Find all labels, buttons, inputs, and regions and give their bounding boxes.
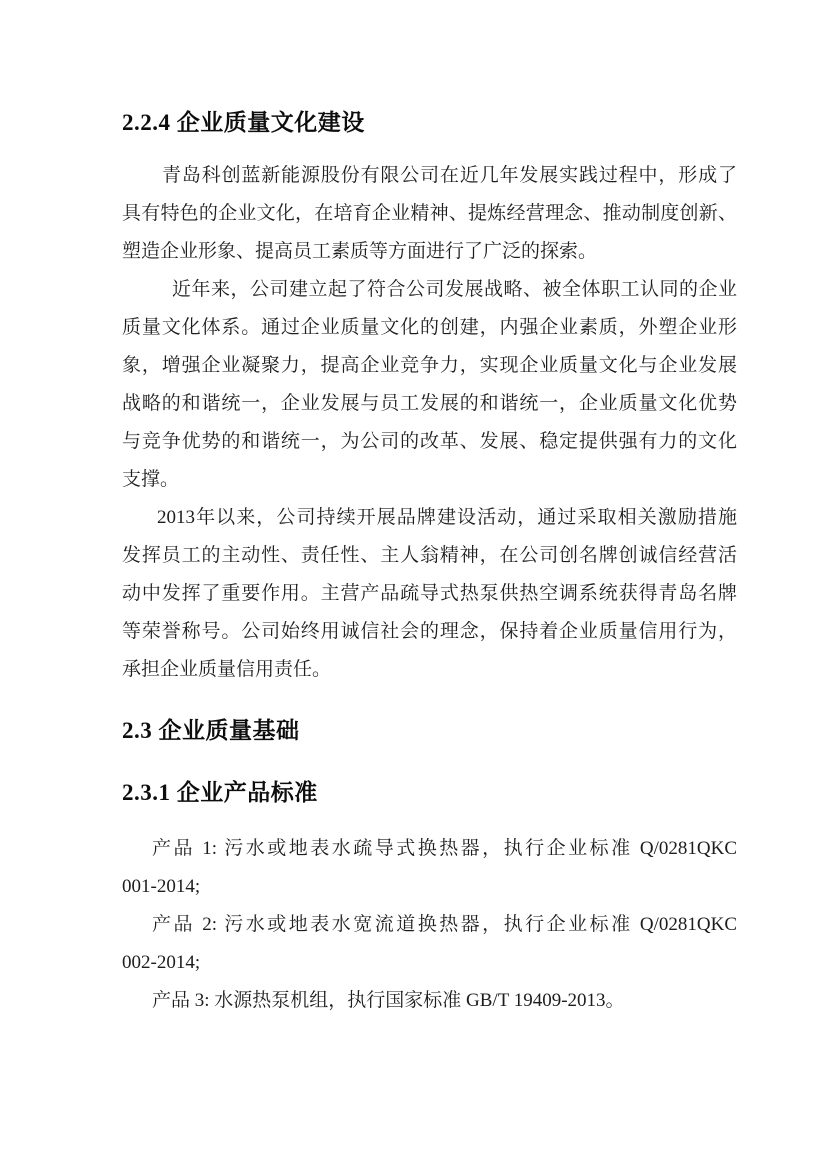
paragraph-product-standards: 产品 1: 污水或地表水疏导式换热器，执行企业标准 Q/0281QKC 001-…: [122, 830, 737, 1020]
paragraph-line: 具有特色的企业文化，在培育企业精神、提炼经营理念、推动制度创新、: [122, 195, 737, 233]
product-line: 产品 2: 污水或地表水宽流道换热器，执行企业标准 Q/0281QKC: [122, 906, 737, 944]
paragraph-line: 与竞争优势的和谐统一，为公司的改革、发展、稳定提供强有力的文化: [122, 423, 737, 461]
paragraph-line: 发挥员工的主动性、责任性、主人翁精神，在公司创名牌创诚信经营活: [122, 537, 737, 575]
section-heading-2-2-4: 2.2.4 企业质量文化建设: [122, 108, 737, 138]
paragraph-line: 质量文化体系。通过企业质量文化的创建，内强企业素质，外塑企业形: [122, 309, 737, 347]
paragraph-line: 2013年以来，公司持续开展品牌建设活动，通过采取相关激励措施: [122, 499, 737, 537]
document-page: 2.2.4 企业质量文化建设 青岛科创蓝新能源股份有限公司在近几年发展实践过程中…: [0, 0, 827, 1169]
paragraph-line: 战略的和谐统一，企业发展与员工发展的和谐统一，企业质量文化优势: [122, 385, 737, 423]
paragraph-line: 青岛科创蓝新能源股份有限公司在近几年发展实践过程中，形成了: [122, 157, 737, 195]
product-line: 001-2014;: [122, 868, 737, 906]
paragraph-line: 承担企业质量信用责任。: [122, 651, 737, 689]
paragraph-line: 等荣誉称号。公司始终用诚信社会的理念，保持着企业质量信用行为，: [122, 613, 737, 651]
section-heading-2-3: 2.3 企业质量基础: [122, 716, 737, 746]
paragraph-line: 近年来，公司建立起了符合公司发展战略、被全体职工认同的企业: [122, 271, 737, 309]
product-line: 产品 1: 污水或地表水疏导式换热器，执行企业标准 Q/0281QKC: [122, 830, 737, 868]
product-line: 产品 3: 水源热泵机组，执行国家标准 GB/T 19409-2013。: [122, 982, 737, 1020]
document-content: 2.2.4 企业质量文化建设 青岛科创蓝新能源股份有限公司在近几年发展实践过程中…: [122, 0, 737, 1020]
paragraph-quality-culture-intro: 青岛科创蓝新能源股份有限公司在近几年发展实践过程中，形成了 具有特色的企业文化，…: [122, 157, 737, 689]
product-line: 002-2014;: [122, 944, 737, 982]
paragraph-line: 支撑。: [122, 461, 737, 499]
paragraph-line: 塑造企业形象、提高员工素质等方面进行了广泛的探索。: [122, 233, 737, 271]
paragraph-line: 动中发挥了重要作用。主营产品疏导式热泵供热空调系统获得青岛名牌: [122, 575, 737, 613]
section-heading-2-3-1: 2.3.1 企业产品标准: [122, 778, 737, 808]
paragraph-line: 象，增强企业凝聚力，提高企业竞争力，实现企业质量文化与企业发展: [122, 347, 737, 385]
